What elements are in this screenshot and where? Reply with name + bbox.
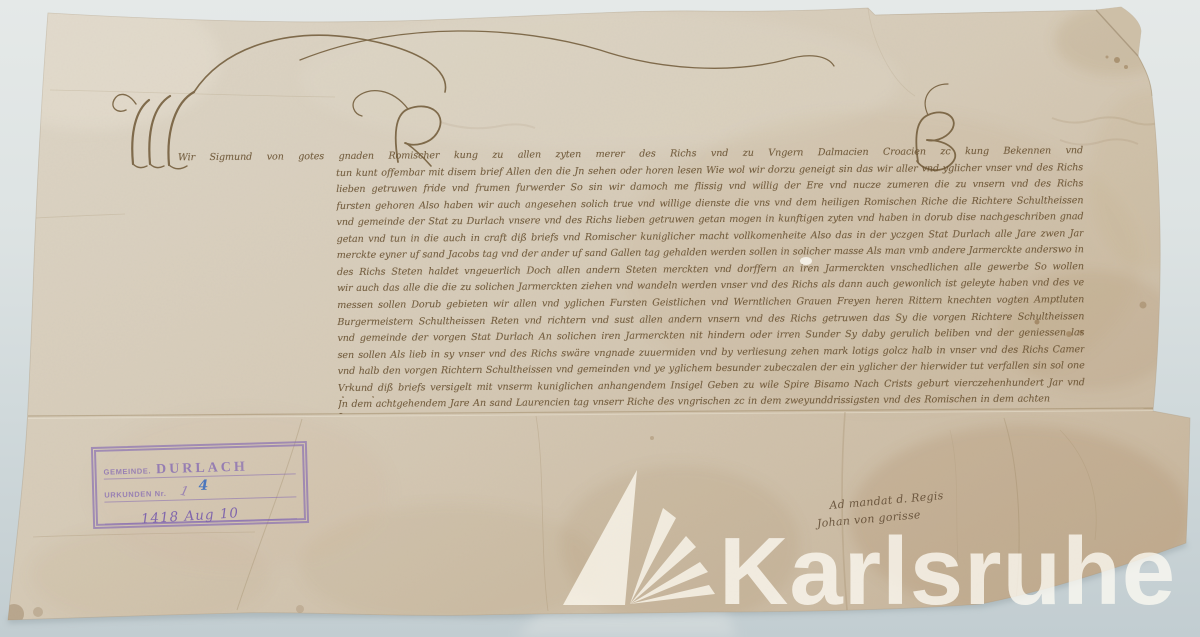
archive-stamp: GEMEINDE. DURLACH URKUNDEN Nr. 1 4 1418 … bbox=[91, 441, 309, 529]
photo-of-charter: Wir Sigmund von gotes gnaden Romischer k… bbox=[0, 0, 1200, 637]
karlsruhe-wordmark: Karlsruhe bbox=[719, 524, 1176, 624]
stamp-org-label: GEMEINDE. bbox=[103, 466, 151, 478]
stamp-nr-label: URKUNDEN Nr. bbox=[104, 489, 167, 502]
stamp-date-value: 1418 Aug 10 bbox=[140, 505, 239, 527]
stamp-nr-value: 4 bbox=[198, 478, 208, 494]
stamp-handwritten-mark: 1 bbox=[179, 484, 190, 500]
